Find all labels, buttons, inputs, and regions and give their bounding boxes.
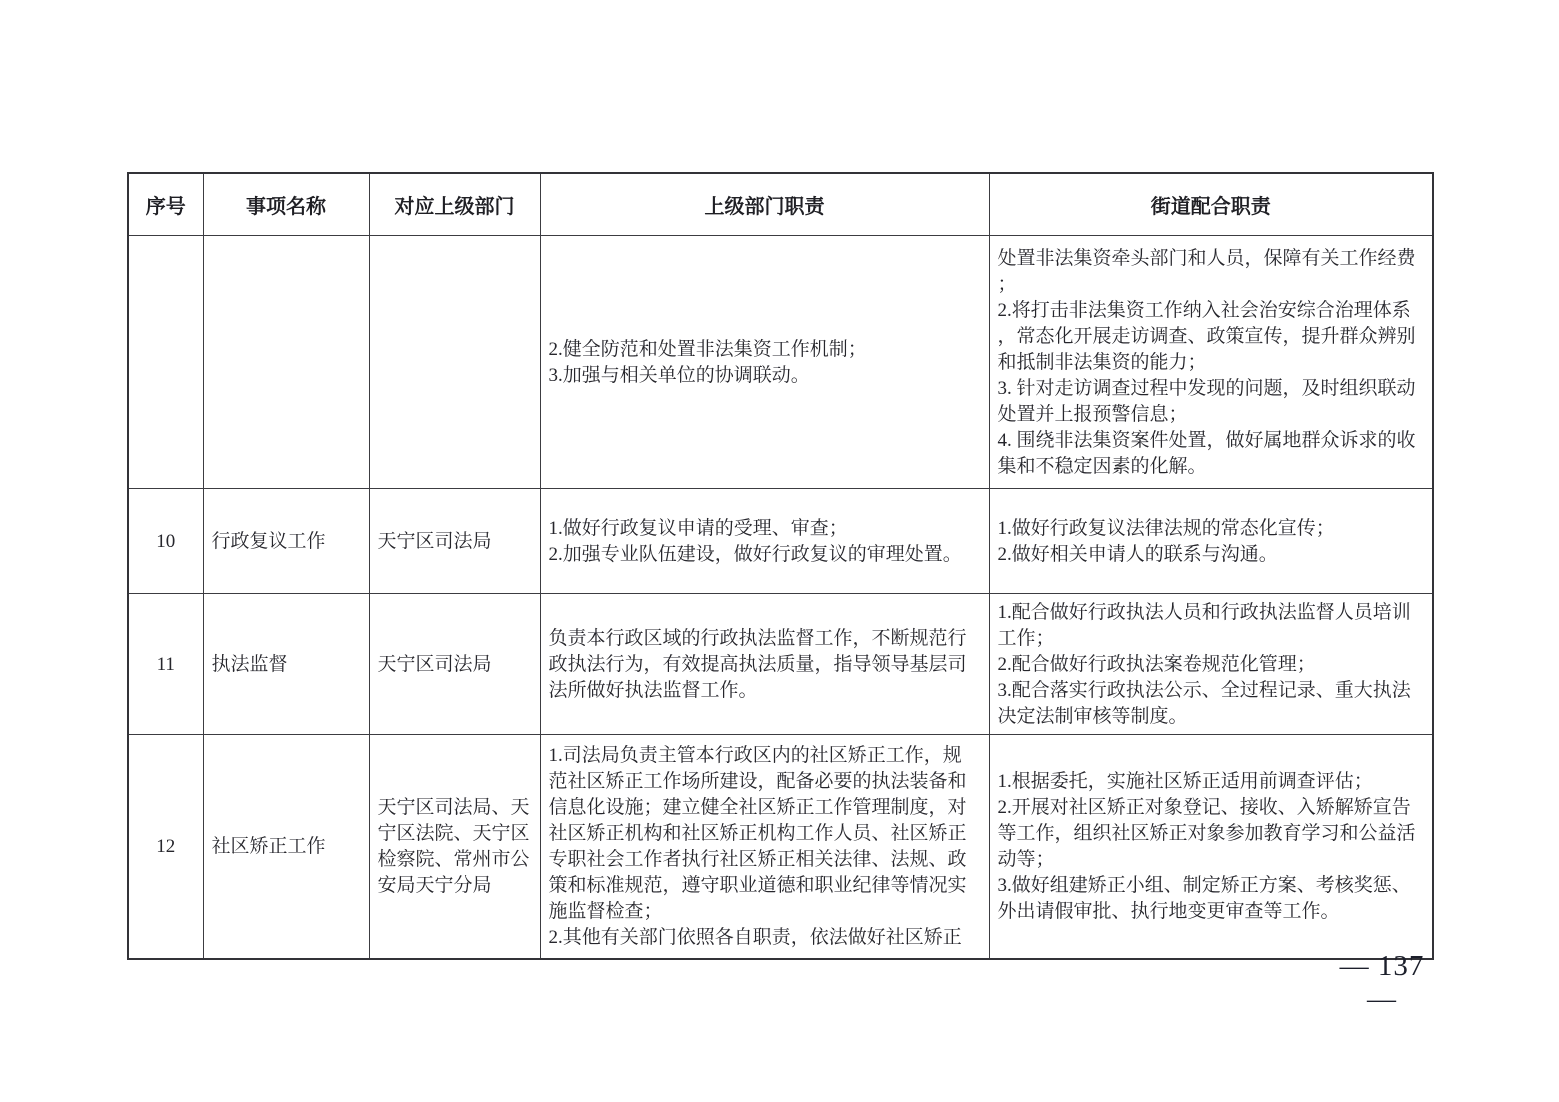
seq-cell: 11 — [128, 593, 203, 734]
seq-cell — [128, 235, 203, 488]
superior-dept-cell: 天宁区司法局、天 宁区法院、天宁区 检察院、常州市公 安局天宁分局 — [369, 734, 540, 959]
superior-duties-cell: 2.健全防范和处置非法集资工作机制； 3.加强与相关单位的协调联动。 — [540, 235, 989, 488]
column-header-seq: 序号 — [128, 173, 203, 235]
superior-dept-cell: 天宁区司法局 — [369, 593, 540, 734]
item-name-cell — [203, 235, 369, 488]
item-name-cell: 执法监督 — [203, 593, 369, 734]
table-row: 11 执法监督 天宁区司法局 负责本行政区域的行政执法监督工作，不断规范行 政执… — [128, 593, 1433, 734]
column-header-superior-duties: 上级部门职责 — [540, 173, 989, 235]
superior-duties-cell: 1.司法局负责主管本行政区内的社区矫正工作，规 范社区矫正工作场所建设，配备必要… — [540, 734, 989, 959]
seq-cell: 10 — [128, 488, 203, 593]
column-header-superior-dept: 对应上级部门 — [369, 173, 540, 235]
table-row: 2.健全防范和处置非法集资工作机制； 3.加强与相关单位的协调联动。 处置非法集… — [128, 235, 1433, 488]
page-number: — 137 — — [1322, 950, 1442, 1016]
header-row: 序号 事项名称 对应上级部门 上级部门职责 街道配合职责 — [128, 173, 1433, 235]
duties-table: 序号 事项名称 对应上级部门 上级部门职责 街道配合职责 2.健全防范和处置非法… — [127, 172, 1434, 960]
superior-dept-cell — [369, 235, 540, 488]
item-name-cell: 社区矫正工作 — [203, 734, 369, 959]
superior-duties-cell: 1.做好行政复议申请的受理、审查； 2.加强专业队伍建设，做好行政复议的审理处置… — [540, 488, 989, 593]
table-row: 10 行政复议工作 天宁区司法局 1.做好行政复议申请的受理、审查； 2.加强专… — [128, 488, 1433, 593]
street-duties-cell: 1.做好行政复议法律法规的常态化宣传； 2.做好相关申请人的联系与沟通。 — [989, 488, 1433, 593]
superior-dept-cell: 天宁区司法局 — [369, 488, 540, 593]
seq-cell: 12 — [128, 734, 203, 959]
table-row: 12 社区矫正工作 天宁区司法局、天 宁区法院、天宁区 检察院、常州市公 安局天… — [128, 734, 1433, 959]
street-duties-cell: 1.配合做好行政执法人员和行政执法监督人员培训 工作； 2.配合做好行政执法案卷… — [989, 593, 1433, 734]
item-name-cell: 行政复议工作 — [203, 488, 369, 593]
superior-duties-cell: 负责本行政区域的行政执法监督工作，不断规范行 政执法行为，有效提高执法质量，指导… — [540, 593, 989, 734]
column-header-street-duties: 街道配合职责 — [989, 173, 1433, 235]
column-header-item-name: 事项名称 — [203, 173, 369, 235]
document-page: 序号 事项名称 对应上级部门 上级部门职责 街道配合职责 2.健全防范和处置非法… — [0, 0, 1559, 1102]
street-duties-cell: 处置非法集资牵头部门和人员，保障有关工作经费 ； 2.将打击非法集资工作纳入社会… — [989, 235, 1433, 488]
street-duties-cell: 1.根据委托，实施社区矫正适用前调查评估； 2.开展对社区矫正对象登记、接收、入… — [989, 734, 1433, 959]
